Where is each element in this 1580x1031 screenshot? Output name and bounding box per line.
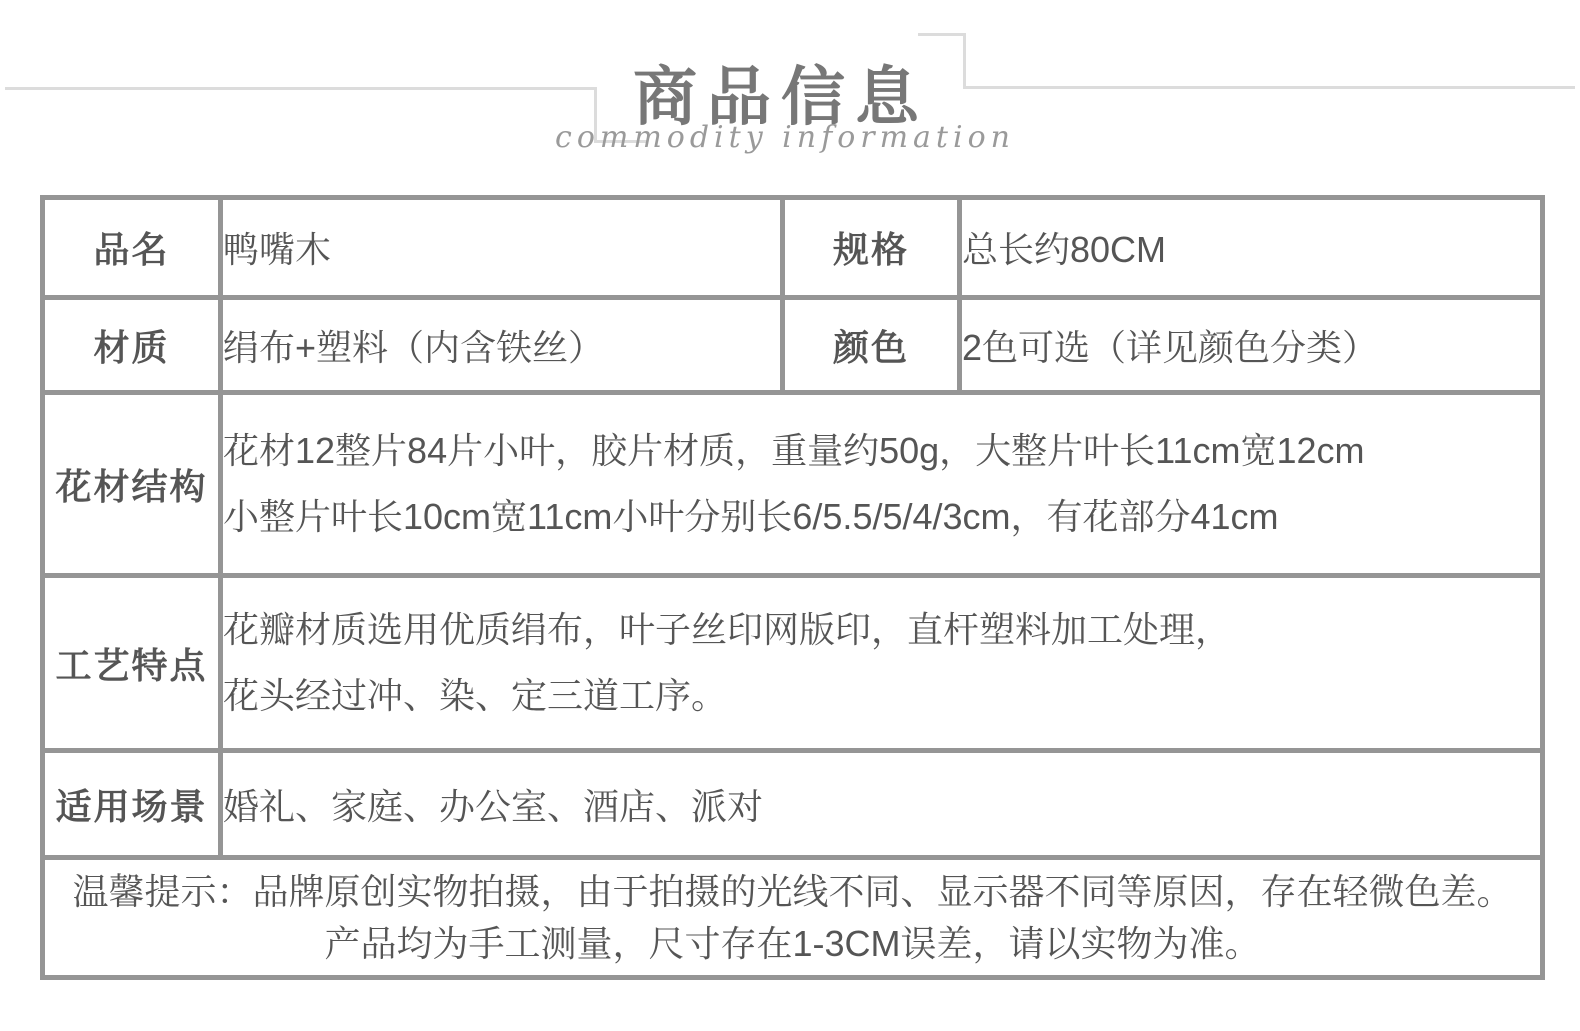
craft-features-line-2: 花头经过冲、染、定三道工序。 [223, 663, 1540, 729]
product-info-page: 商品信息 commodity information 品名 鸭嘴木 规格 总长约… [0, 0, 1580, 1031]
label-color: 颜色 [783, 298, 960, 393]
page-subtitle: commodity information [0, 120, 1570, 155]
value-applicable-scenes: 婚礼、家庭、办公室、酒店、派对 [221, 751, 1543, 858]
label-specification: 规格 [783, 198, 960, 298]
product-spec-table: 品名 鸭嘴木 规格 总长约80CM 材质 绢布+塑料（内含铁丝） 颜色 2色可选… [40, 195, 1545, 980]
table-row-material-color: 材质 绢布+塑料（内含铁丝） 颜色 2色可选（详见颜色分类） [43, 298, 1543, 393]
label-flower-structure: 花材结构 [43, 393, 221, 576]
label-material: 材质 [43, 298, 221, 393]
value-product-name: 鸭嘴木 [221, 198, 783, 298]
notice-cell: 温馨提示：品牌原创实物拍摄，由于拍摄的光线不同、显示器不同等原因，存在轻微色差。… [43, 858, 1543, 978]
flower-structure-line-1: 花材12整片84片小叶，胶片材质，重量约50g，大整片叶长11cm宽12cm [223, 418, 1540, 484]
notice-line-2: 产品均为手工测量，尺寸存在1-3CM误差，请以实物为准。 [45, 918, 1540, 970]
table-row-scenes: 适用场景 婚礼、家庭、办公室、酒店、派对 [43, 751, 1543, 858]
table-row-notice: 温馨提示：品牌原创实物拍摄，由于拍摄的光线不同、显示器不同等原因，存在轻微色差。… [43, 858, 1543, 978]
value-color: 2色可选（详见颜色分类） [960, 298, 1543, 393]
table-row-name-spec: 品名 鸭嘴木 规格 总长约80CM [43, 198, 1543, 298]
value-material: 绢布+塑料（内含铁丝） [221, 298, 783, 393]
table-row-flower-structure: 花材结构 花材12整片84片小叶，胶片材质，重量约50g，大整片叶长11cm宽1… [43, 393, 1543, 576]
label-applicable-scenes: 适用场景 [43, 751, 221, 858]
craft-features-line-1: 花瓣材质选用优质绢布，叶子丝印网版印，直杆塑料加工处理， [223, 597, 1540, 663]
value-specification: 总长约80CM [960, 198, 1543, 298]
notice-line-1: 温馨提示：品牌原创实物拍摄，由于拍摄的光线不同、显示器不同等原因，存在轻微色差。 [45, 866, 1540, 918]
decor-line-right-top [918, 33, 966, 36]
label-craft-features: 工艺特点 [43, 576, 221, 751]
flower-structure-line-2: 小整片叶长10cm宽11cm小叶分别长6/5.5/5/4/3cm，有花部分41c… [223, 484, 1540, 550]
value-craft-features: 花瓣材质选用优质绢布，叶子丝印网版印，直杆塑料加工处理， 花头经过冲、染、定三道… [221, 576, 1543, 751]
table-row-craft-features: 工艺特点 花瓣材质选用优质绢布，叶子丝印网版印，直杆塑料加工处理， 花头经过冲、… [43, 576, 1543, 751]
label-product-name: 品名 [43, 198, 221, 298]
value-flower-structure: 花材12整片84片小叶，胶片材质，重量约50g，大整片叶长11cm宽12cm 小… [221, 393, 1543, 576]
